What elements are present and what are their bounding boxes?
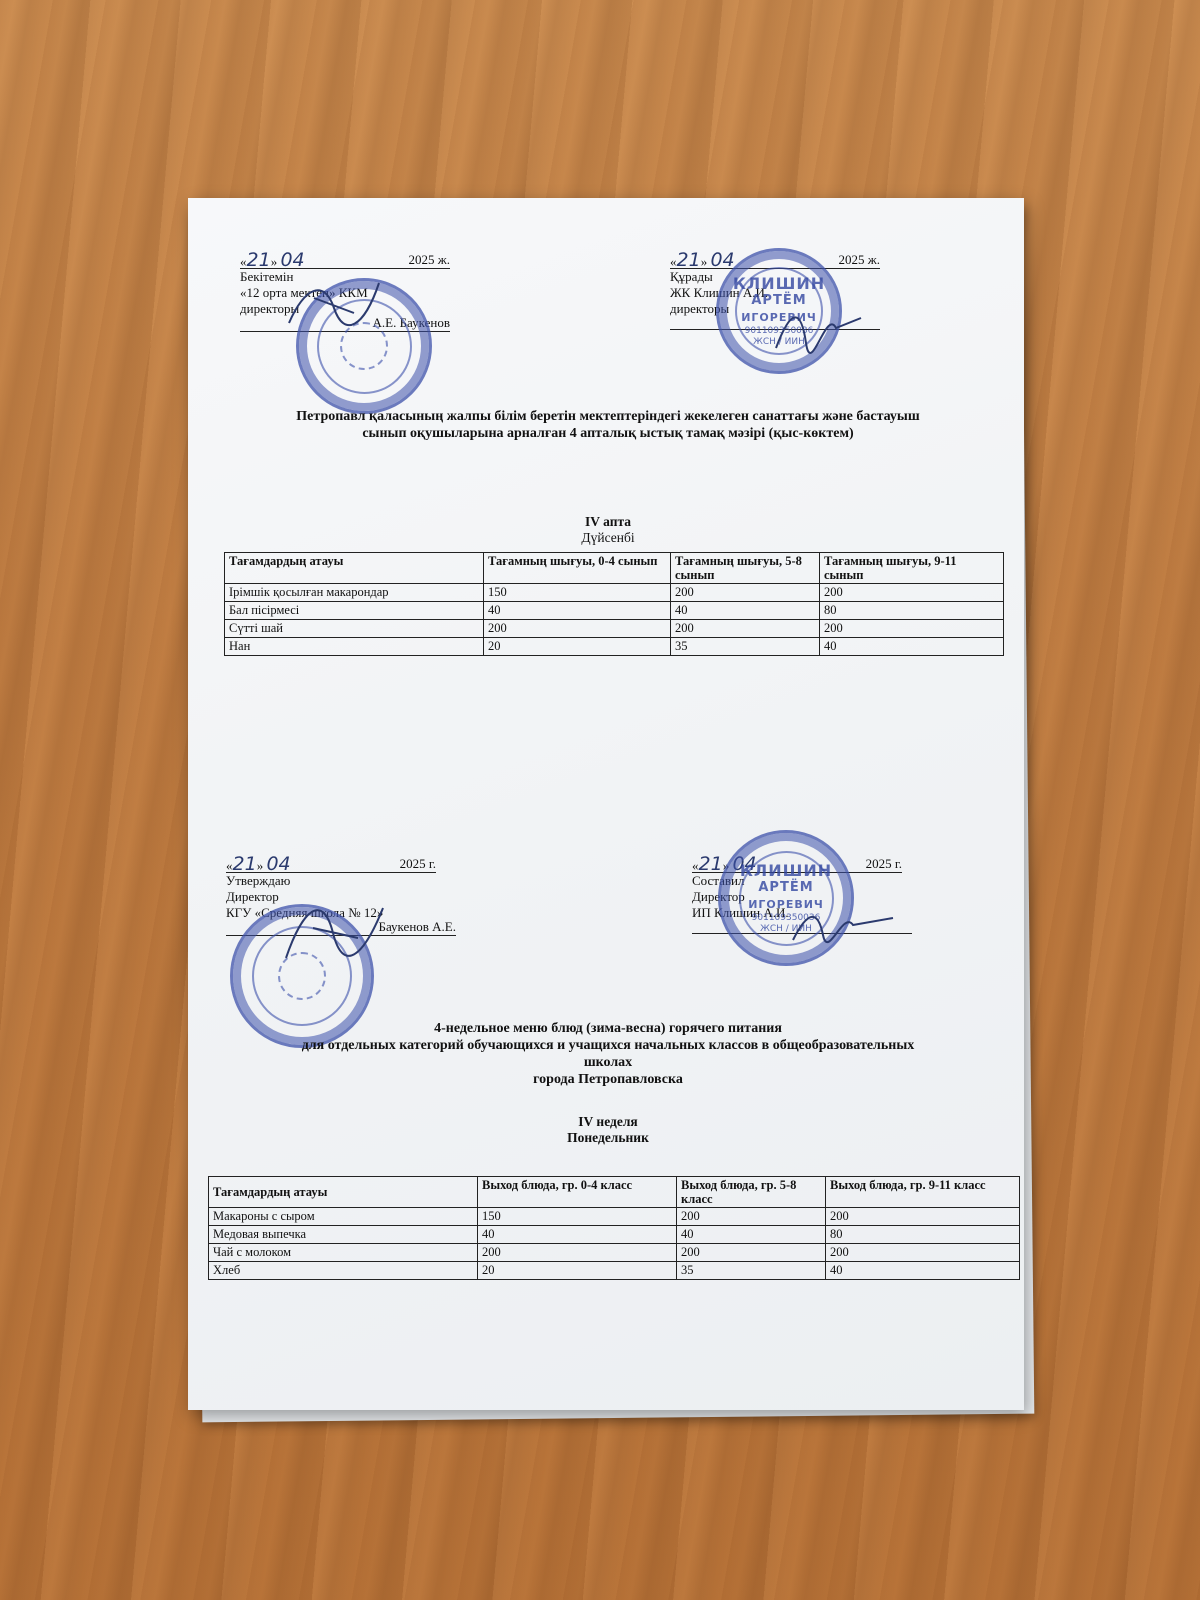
dish-name-cell: Ірімшік қосылған макарондар: [225, 584, 484, 602]
portion-cell: 40: [826, 1262, 1020, 1280]
ru-approval-block: «21» 04 2025 г. Утверждаю Директор КГУ «…: [226, 856, 486, 936]
ru-col-0-4: Выход блюда, гр. 0-4 класс: [478, 1177, 677, 1208]
kz-col-5-8: Тағамның шығуы, 5-8 сынып: [671, 553, 820, 584]
kz-right-date-year: 2025 ж.: [839, 252, 880, 270]
portion-cell: 200: [826, 1244, 1020, 1262]
ru-right-date-month: 04: [732, 853, 756, 875]
ru-compiled-position: Директор: [692, 889, 932, 905]
portion-cell: 80: [820, 602, 1004, 620]
dish-name-cell: Макароны с сыром: [209, 1208, 478, 1226]
kz-compiled-org: ЖК Клишин А.И.: [670, 285, 910, 301]
ru-approve-word: Утверждаю: [226, 873, 486, 889]
ru-table-header-row: Тағамдардың атауы Выход блюда, гр. 0-4 к…: [209, 1177, 1020, 1208]
dish-name-cell: Чай с молоком: [209, 1244, 478, 1262]
portion-cell: 40: [820, 638, 1004, 656]
kz-table-header-row: Тағамдардың атауы Тағамның шығуы, 0-4 сы…: [225, 553, 1004, 584]
stamp-tag: ЖСН / ИИН: [753, 337, 805, 348]
dish-name-cell: Сүтті шай: [225, 620, 484, 638]
ru-right-date-year: 2025 г.: [866, 856, 902, 874]
kz-compiled-word: Құрады: [670, 269, 910, 285]
table-row: Хлеб203540: [209, 1262, 1020, 1280]
portion-cell: 200: [826, 1208, 1020, 1226]
ru-menu-title: 4-недельное меню блюд (зима-весна) горяч…: [218, 1020, 998, 1088]
table-row: Сүтті шай200200200: [225, 620, 1004, 638]
portion-cell: 150: [478, 1208, 677, 1226]
table-row: Ірімшік қосылған макарондар150200200: [225, 584, 1004, 602]
ru-approve-position: Директор: [226, 889, 486, 905]
kz-col-0-4: Тағамның шығуы, 0-4 сынып: [484, 553, 671, 584]
portion-cell: 200: [671, 620, 820, 638]
portion-cell: 200: [820, 620, 1004, 638]
kz-compiled-block: «21» 04 2025 ж. Құрады ЖК Клишин А.И. ди…: [670, 252, 910, 330]
portion-cell: 200: [671, 584, 820, 602]
ru-date-day: 21: [233, 853, 257, 875]
portion-cell: 40: [478, 1226, 677, 1244]
kz-approve-name: А.Е. Баукенов: [240, 315, 450, 332]
ru-right-date-day: 21: [699, 853, 723, 875]
portion-cell: 200: [820, 584, 1004, 602]
portion-cell: 200: [677, 1244, 826, 1262]
ru-week-heading: IV неделя Понедельник: [218, 1114, 998, 1146]
table-row: Медовая выпечка404080: [209, 1226, 1020, 1244]
portion-cell: 20: [484, 638, 671, 656]
ru-date-year: 2025 г.: [400, 856, 436, 874]
kz-date-day: 21: [247, 249, 271, 271]
portion-cell: 40: [484, 602, 671, 620]
ru-week: IV неделя: [218, 1114, 998, 1130]
ru-approve-name: Баукенов А.Е.: [226, 919, 456, 936]
dish-name-cell: Медовая выпечка: [209, 1226, 478, 1244]
ru-col-dish: Тағамдардың атауы: [209, 1177, 478, 1208]
portion-cell: 40: [671, 602, 820, 620]
table-row: Чай с молоком200200200: [209, 1244, 1020, 1262]
kz-right-date-month: 04: [710, 249, 734, 271]
kz-date-month: 04: [280, 249, 304, 271]
kz-menu-table: Тағамдардың атауы Тағамның шығуы, 0-4 сы…: [224, 552, 1004, 656]
kz-week: IV апта: [218, 514, 998, 530]
kz-compiled-position: директоры: [670, 301, 910, 317]
ru-col-9-11: Выход блюда, гр. 9-11 класс: [826, 1177, 1020, 1208]
portion-cell: 20: [478, 1262, 677, 1280]
kz-approve-word: Бекітемін: [240, 269, 480, 285]
table-row: Бал пісірмесі404080: [225, 602, 1004, 620]
ru-day: Понедельник: [218, 1130, 998, 1146]
kz-date-year: 2025 ж.: [409, 252, 450, 270]
portion-cell: 200: [677, 1208, 826, 1226]
kz-menu-title: Петропавл қаласының жалпы білім беретін …: [218, 408, 998, 442]
portion-cell: 40: [677, 1226, 826, 1244]
portion-cell: 80: [826, 1226, 1020, 1244]
ru-compiled-word: Составил: [692, 873, 932, 889]
ru-date-month: 04: [266, 853, 290, 875]
kazakhstan-emblem-icon-ru: [278, 952, 326, 1000]
kz-day: Дүйсенбі: [218, 530, 998, 546]
kz-week-heading: IV апта Дүйсенбі: [218, 514, 998, 546]
portion-cell: 35: [677, 1262, 826, 1280]
kz-col-dish: Тағамдардың атауы: [225, 553, 484, 584]
kz-right-date-day: 21: [677, 249, 701, 271]
kz-approve-org: «12 орта мектеп» ККМ: [240, 285, 480, 301]
ru-compiled-org: ИП Клишин А.И.: [692, 905, 932, 921]
table-row: Нан203540: [225, 638, 1004, 656]
portion-cell: 150: [484, 584, 671, 602]
ru-col-5-8: Выход блюда, гр. 5-8 класс: [677, 1177, 826, 1208]
dish-name-cell: Хлеб: [209, 1262, 478, 1280]
kz-col-9-11: Тағамның шығуы, 9-11 сынып: [820, 553, 1004, 584]
portion-cell: 200: [484, 620, 671, 638]
ru-compiled-block: «21» 04 2025 г. Составил Директор ИП Кли…: [692, 856, 932, 934]
dish-name-cell: Бал пісірмесі: [225, 602, 484, 620]
ru-menu-table: Тағамдардың атауы Выход блюда, гр. 0-4 к…: [208, 1176, 1020, 1280]
portion-cell: 35: [671, 638, 820, 656]
document-page: «21» 04 2025 ж. Бекітемін «12 орта мекте…: [188, 198, 1024, 1410]
dish-name-cell: Нан: [225, 638, 484, 656]
portion-cell: 200: [478, 1244, 677, 1262]
kz-approval-block: «21» 04 2025 ж. Бекітемін «12 орта мекте…: [240, 252, 480, 332]
table-row: Макароны с сыром150200200: [209, 1208, 1020, 1226]
